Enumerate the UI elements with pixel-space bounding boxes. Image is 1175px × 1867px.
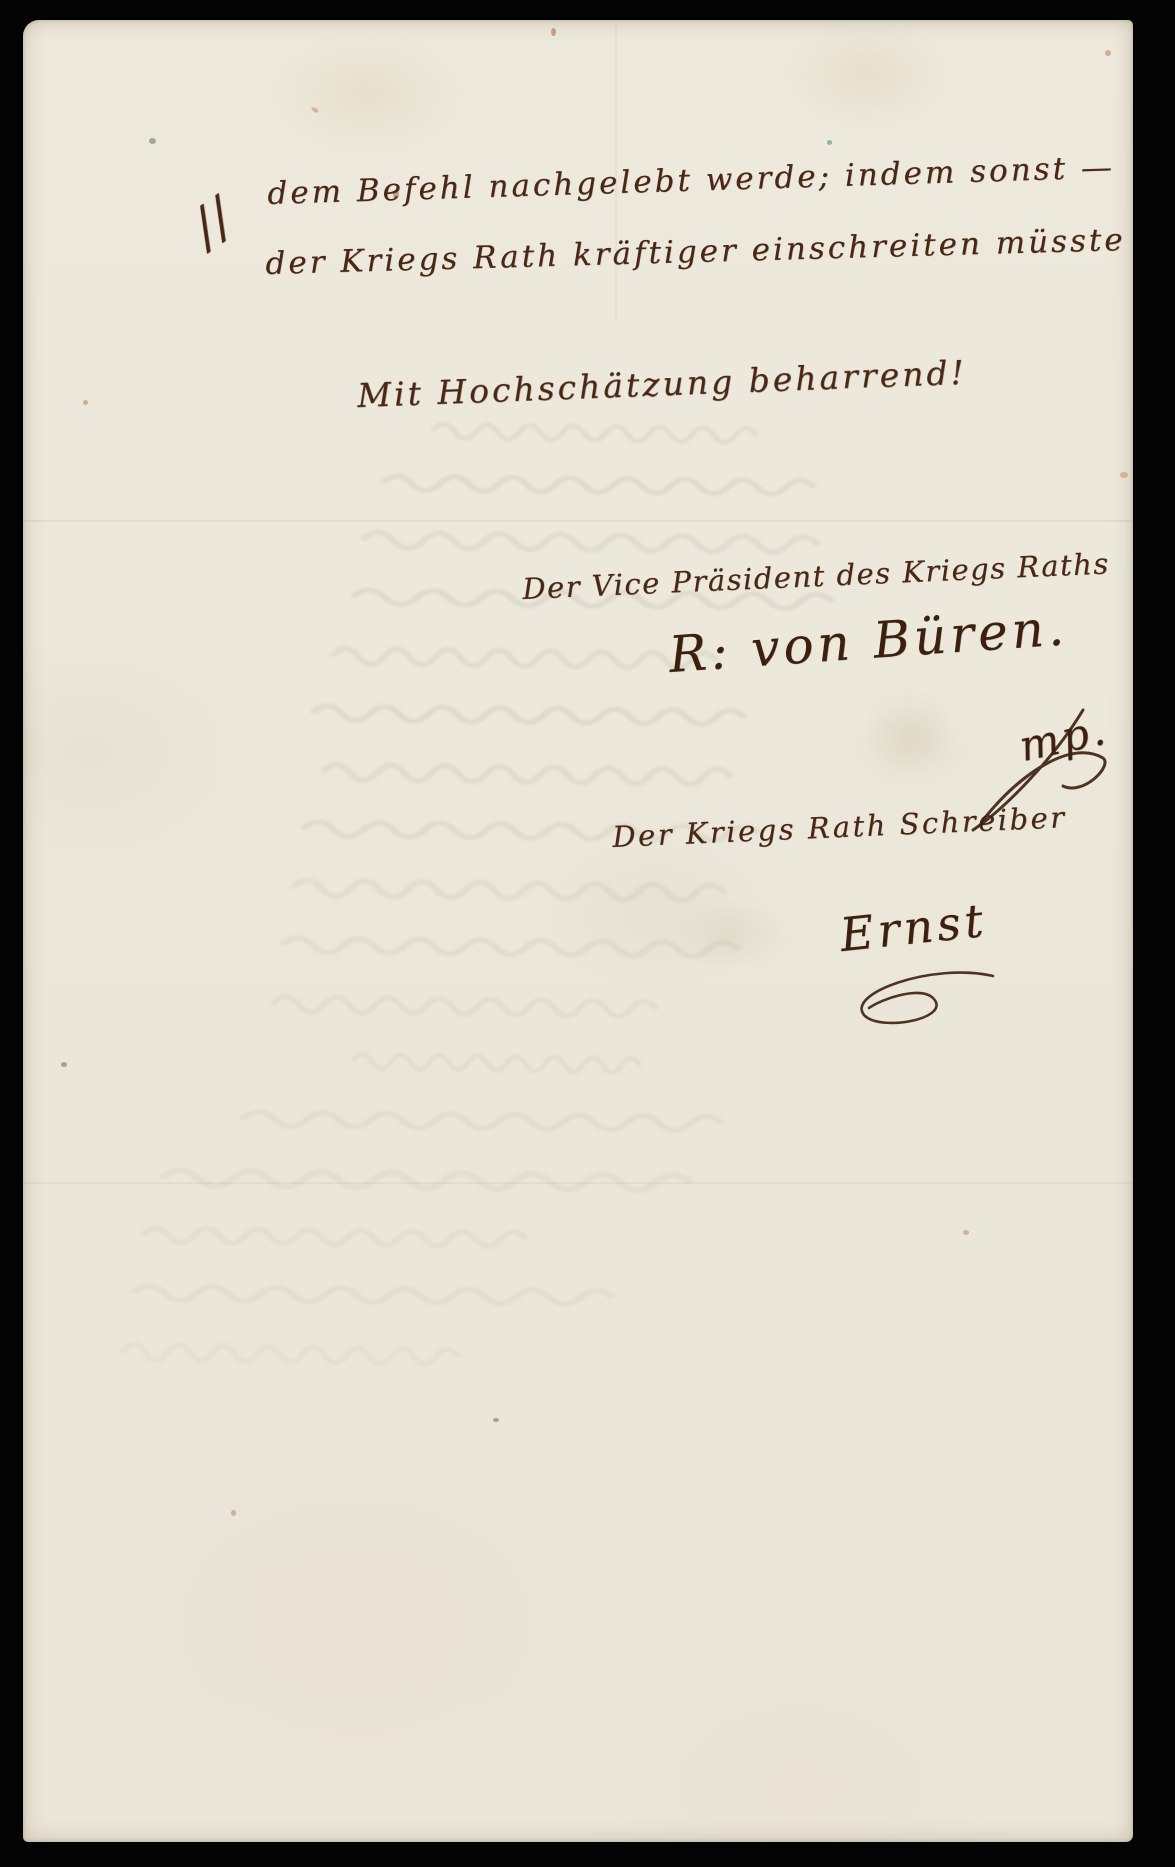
signature-flourish [963,700,1123,840]
photo-backdrop: // dem Befehl nachgelebt werde; indem so… [0,0,1175,1867]
manuscript-page: // dem Befehl nachgelebt werde; indem so… [23,20,1133,1842]
signature-flourish [813,968,1013,1058]
